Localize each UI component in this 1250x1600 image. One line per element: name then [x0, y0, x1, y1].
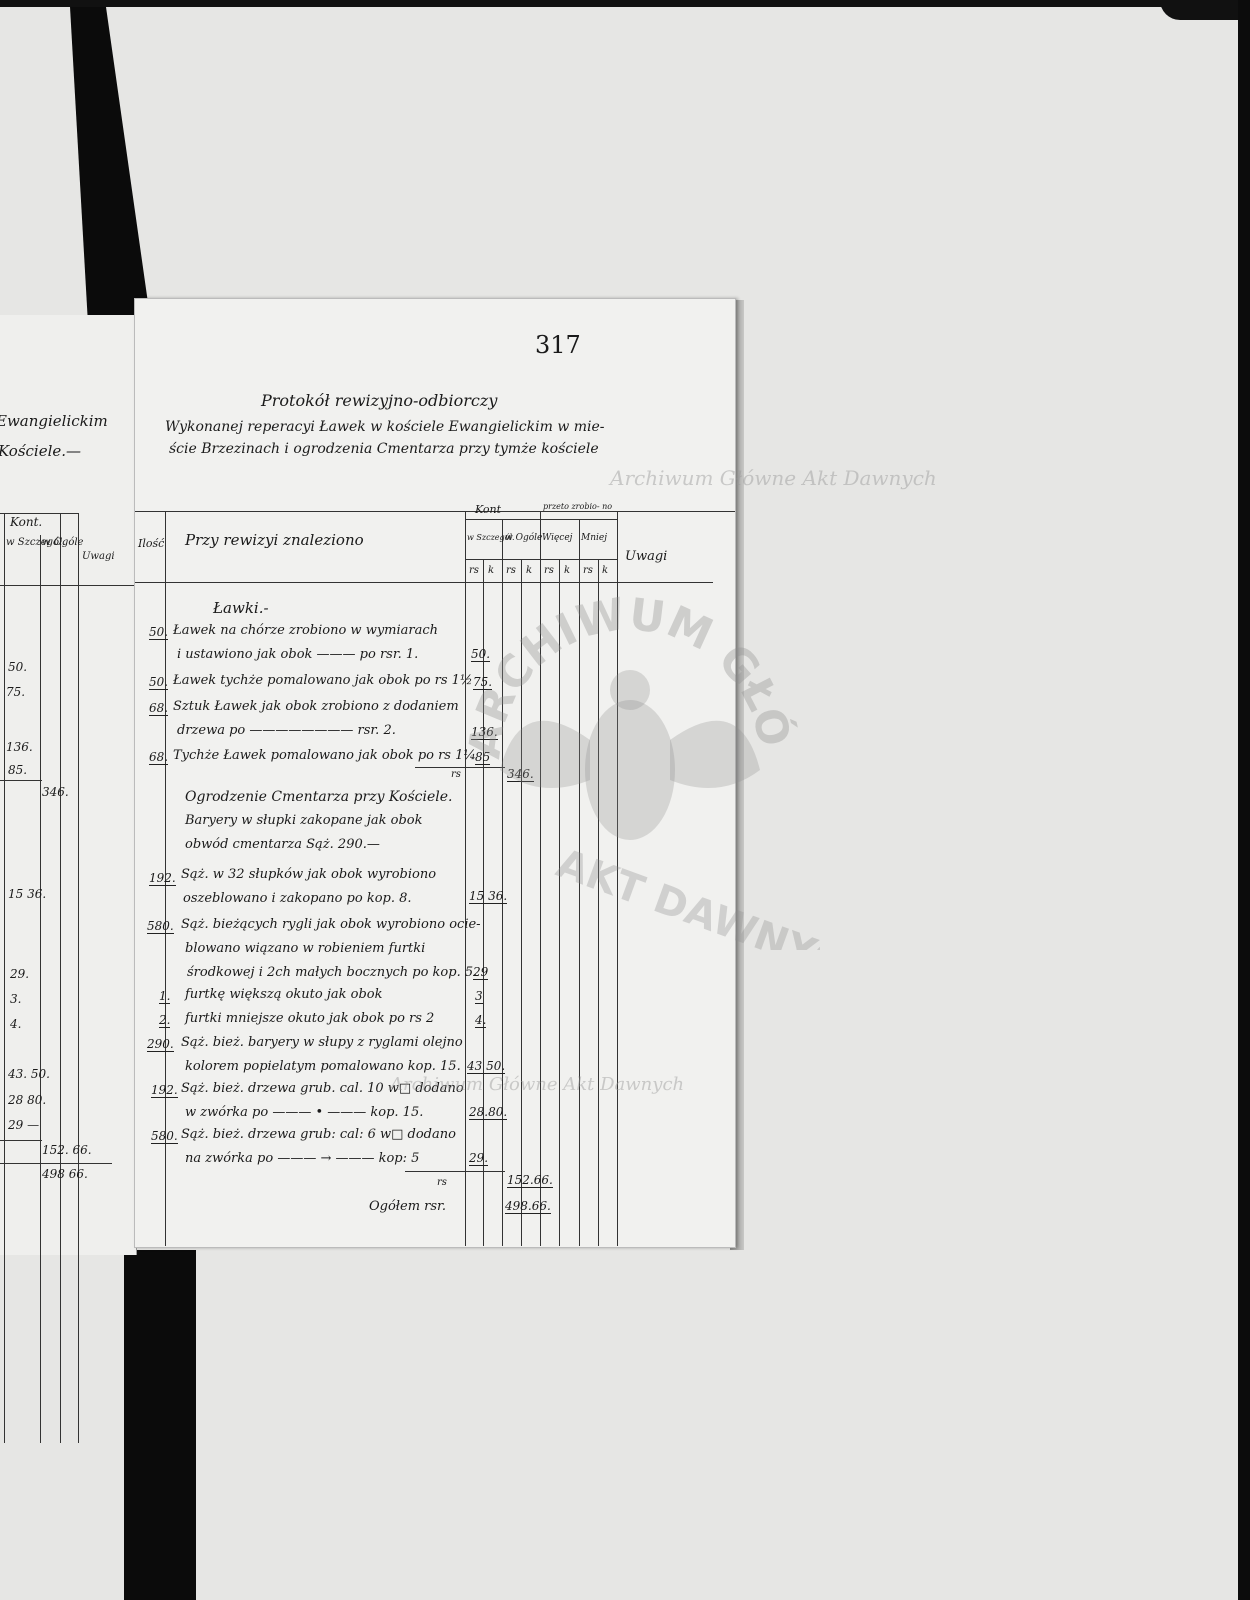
- header-diff-more: Więcej: [542, 533, 572, 543]
- left-value: 4.: [10, 1017, 21, 1031]
- row-text: furtki mniejsze okuto jak obok po rs 2: [185, 1011, 434, 1026]
- grand-total: 498.66.: [505, 1199, 551, 1214]
- left-page-partial: Ewangielickim Kościele.— Kont. w Szczegó…: [0, 315, 137, 1255]
- row-qty: 192.: [151, 1083, 178, 1098]
- left-table-top-rule: [0, 513, 78, 514]
- row-qty: 1.: [159, 989, 170, 1004]
- row-qty: 192.: [149, 871, 176, 886]
- row-detail-amount: 4.: [475, 1013, 486, 1028]
- row-detail-amount: 3: [475, 989, 483, 1004]
- left-value: 498 66.: [42, 1167, 88, 1181]
- subtotal-label: rs: [437, 1177, 447, 1188]
- left-table-header-rule: [0, 585, 136, 586]
- row-detail-amount: 29.: [469, 1151, 488, 1166]
- left-value: 85.: [8, 763, 27, 777]
- left-value: 43. 50.: [8, 1067, 50, 1081]
- row-qty: 50.: [149, 625, 168, 640]
- header-kont: Kont: [475, 503, 501, 516]
- left-kont-sub2: w Ogóle: [42, 537, 83, 548]
- row-qty: 580.: [151, 1129, 178, 1144]
- row-text: blowano wiązano w robieniem furtki: [185, 941, 425, 956]
- svg-text:AKT DAWNYCH: AKT DAWNYCH: [551, 840, 820, 950]
- left-value: 75.: [6, 685, 25, 699]
- grand-total-label: Ogółem rsr.: [369, 1199, 446, 1214]
- row-qty: 68.: [149, 750, 168, 765]
- film-right-border: [1238, 0, 1250, 1600]
- left-col-line: [60, 513, 61, 1443]
- row-text: środkowej i 2ch małych bocznych po kop. …: [187, 965, 477, 980]
- left-subtotal-rule: [0, 1140, 42, 1141]
- row-text: Sąż. bież. baryery w słupy z ryglami ole…: [181, 1035, 463, 1050]
- row-detail-amount: 29: [473, 965, 488, 980]
- header-description: Przy rewizyi znaleziono: [185, 531, 364, 549]
- header-difference: przeto zrobio- no: [543, 502, 612, 511]
- left-remarks-header: Uwagi: [82, 551, 115, 562]
- header-qty: Ilość: [138, 537, 164, 550]
- left-kont-header: Kont.: [10, 515, 42, 529]
- row-qty: 290.: [147, 1037, 174, 1052]
- left-value: 346.: [42, 785, 69, 799]
- row-text: Sąż. w 32 słupków jak obok wyrobiono: [181, 867, 436, 882]
- row-text: Ławek tychże pomalowano jak obok po rs 1…: [173, 673, 473, 688]
- row-text: furtkę większą okuto jak obok: [185, 987, 383, 1002]
- document-title: Protokół rewizyjno-odbiorczy: [261, 391, 497, 410]
- left-value: 136.: [6, 740, 33, 754]
- row-text: na zwórka po ——— → ——— kop: 5: [185, 1151, 419, 1166]
- film-corner-shadow: [1160, 0, 1250, 20]
- archive-watermark-text: Archiwum Główne Akt Dawnych: [390, 1074, 684, 1095]
- page-number: 317: [535, 331, 581, 359]
- left-col-line: [4, 513, 5, 1443]
- row-text: kolorem popielatym pomalowano kop. 15.: [185, 1059, 461, 1074]
- row-text: Tychże Ławek pomalowano jak obok po rs 1…: [173, 748, 476, 763]
- header-remarks: Uwagi: [625, 549, 667, 564]
- film-top-border: [0, 0, 1250, 7]
- row-qty: 68.: [149, 701, 168, 716]
- left-value: 15 36.: [8, 887, 46, 901]
- row-text: Sztuk Ławek jak obok zrobiono z dodaniem: [173, 699, 459, 714]
- left-value: 152. 66.: [42, 1143, 92, 1157]
- left-page-text-line1: Ewangielickim: [0, 412, 108, 430]
- left-value: 29 —: [8, 1118, 39, 1132]
- row-text: drzewa po ———————— rsr. 2.: [177, 723, 396, 738]
- archive-watermark-text: Archiwum Główne Akt Dawnych: [610, 466, 937, 490]
- left-col-line: [78, 513, 79, 1443]
- row-qty: 2.: [159, 1013, 170, 1028]
- row-text: Sąż. bieżących rygli jak obok wyrobiono …: [181, 917, 481, 932]
- header-diff-less: Mniej: [581, 533, 607, 543]
- row-text: w zwórka po ——— • ——— kop. 15.: [185, 1105, 423, 1120]
- archive-stamp-icon: ARCHIWUM GŁÓWNE AKT DAWNYCH: [440, 570, 820, 950]
- left-page-text-line2: Kościele.—: [0, 442, 81, 460]
- header-unit-rule: [465, 559, 617, 560]
- left-value: 3.: [10, 992, 21, 1006]
- row-detail-amount: 43 50.: [467, 1059, 505, 1074]
- row-text: oszeblowano i zakopano po kop. 8.: [183, 891, 412, 906]
- section-title-fence: Ogrodzenie Cmentarza przy Kościele.: [185, 789, 452, 805]
- left-subtotal-rule: [0, 780, 42, 781]
- row-qty: 580.: [147, 919, 174, 934]
- section-subtotal: 152.66.: [507, 1173, 553, 1188]
- document-subtitle-line2: ście Brzezinach i ogrodzenia Cmentarza p…: [169, 441, 599, 457]
- table-top-rule: [135, 511, 735, 512]
- left-col-line: [40, 535, 41, 1443]
- document-subtitle-line1: Wykonanej reperacyi Ławek w kościele Ewa…: [165, 419, 605, 435]
- row-text: i ustawiono jak obok ——— po rsr. 1.: [177, 647, 418, 662]
- row-text: Ławek na chórze zrobiono w wymiarach: [173, 623, 438, 638]
- section-intro: obwód cmentarza Sąż. 290.—: [185, 837, 380, 852]
- row-detail-amount: 28.80.: [469, 1105, 507, 1120]
- left-value: 50.: [8, 660, 27, 674]
- left-total-rule: [0, 1163, 112, 1164]
- header-group-rule: [465, 519, 617, 520]
- section-title-benches: Ławki.-: [213, 599, 269, 617]
- row-text: Sąż. bież. drzewa grub: cal: 6 w□ dodano: [181, 1127, 456, 1142]
- left-value: 29.: [10, 967, 29, 981]
- section-intro: Baryery w słupki zakopane jak obok: [185, 813, 422, 828]
- row-qty: 50.: [149, 675, 168, 690]
- left-value: 28 80.: [8, 1093, 46, 1107]
- book-spine-shadow-bottom: [124, 1250, 196, 1600]
- subtotal-rule: [405, 1171, 505, 1172]
- header-kont-sub2: w Ogóle: [505, 533, 542, 543]
